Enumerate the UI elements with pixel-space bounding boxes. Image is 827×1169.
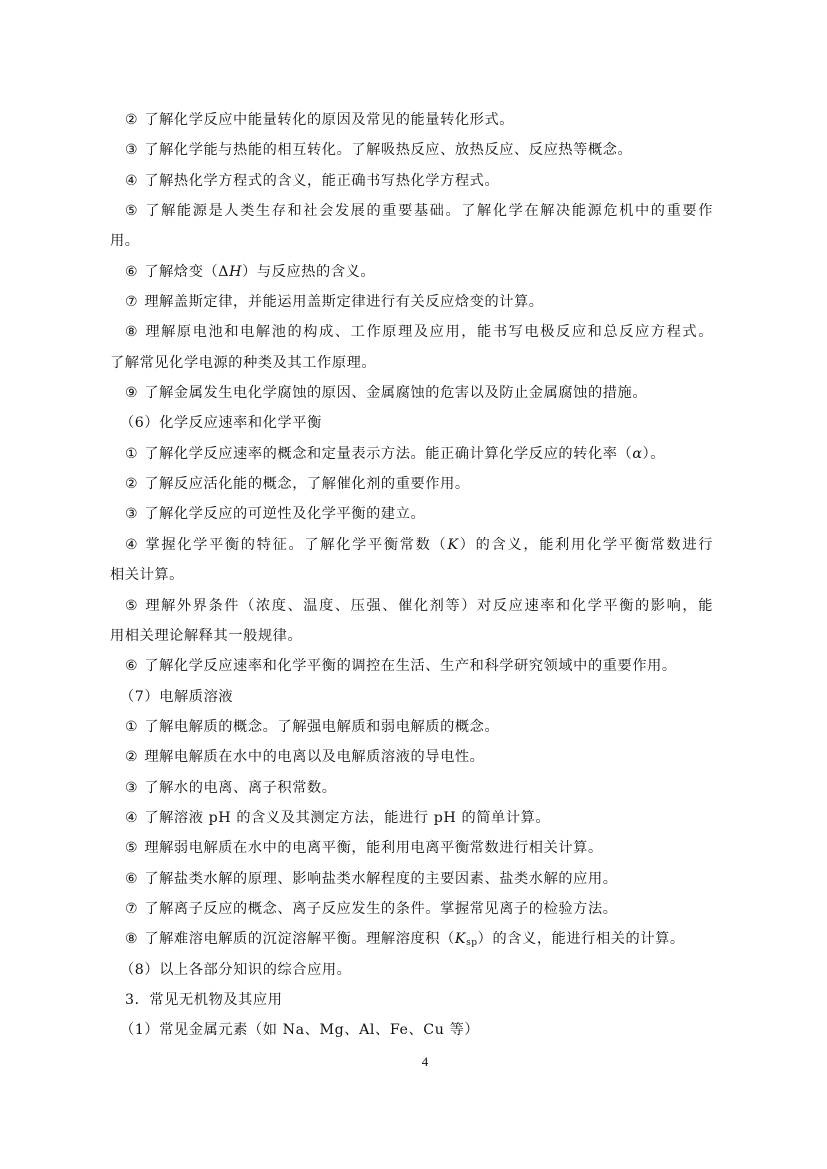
document-page: ②了解化学反应中能量转化的原因及常见的能量转化形式。③了解化学能与热能的相互转化…	[0, 0, 827, 1169]
line-text: 了解化学反应速率和化学平衡的调控在生活、生产和科学研究领域中的重要作用。	[144, 658, 676, 674]
list-item: ③了解水的电离、离子积常数。	[110, 773, 713, 803]
line-text: 理解电解质在水中的电离以及电解质溶液的导电性。	[144, 749, 484, 765]
line-text: （6）化学反应速率和化学平衡	[120, 415, 322, 431]
line-text: 了解焓变（Δ	[144, 264, 229, 280]
list-item: ⑥了解焓变（ΔH）与反应热的含义。	[110, 257, 713, 287]
line-text: 了解常见化学电源的种类及其工作原理。	[110, 355, 376, 371]
subsection-heading: （1）常见金属元素（如 Na、Mg、Al、Fe、Cu 等）	[110, 1015, 713, 1045]
line-text: 3．常见无机物及其应用	[125, 992, 283, 1008]
line-text: 了解热化学方程式的含义，能正确书写热化学方程式。	[144, 173, 499, 189]
list-item: ④了解溶液 pH 的含义及其测定方法，能进行 pH 的简单计算。	[110, 803, 713, 833]
item-number: ④	[125, 810, 138, 826]
item-number: ⑦	[125, 901, 138, 917]
line-text: （1）常见金属元素（如 Na、Mg、Al、Fe、Cu 等）	[120, 1022, 479, 1038]
continuation-line: 相关计算。	[110, 560, 713, 590]
line-text: 了解化学反应速率的概念和定量表示方法。能正确计算化学反应的转化率（	[144, 446, 632, 462]
subsection-heading: （7）电解质溶液	[110, 682, 713, 712]
item-number: ⑤	[125, 598, 139, 614]
line-text: 了解电解质的概念。了解强电解质和弱电解质的概念。	[144, 719, 499, 735]
item-number: ⑨	[125, 385, 138, 401]
line-text: 了解反应活化能的概念，了解催化剂的重要作用。	[144, 476, 469, 492]
item-number: ③	[125, 506, 138, 522]
list-item: ⑥了解盐类水解的原理、影响盐类水解程度的主要因素、盐类水解的应用。	[110, 864, 713, 894]
section-heading: 3．常见无机物及其应用	[110, 985, 713, 1015]
list-item: ④掌握化学平衡的特征。了解化学平衡常数（K）的含义，能利用化学平衡常数进行	[110, 530, 713, 560]
line-text: 了解溶液 pH 的含义及其测定方法，能进行 pH 的简单计算。	[144, 810, 550, 826]
line-text: 理解外界条件（浓度、温度、压强、催化剂等）对反应速率和化学平衡的影响，能	[145, 598, 713, 614]
item-number: ③	[125, 142, 138, 158]
math-symbol: H	[229, 264, 242, 280]
item-number: ③	[125, 780, 138, 796]
line-text: ）与反应热的含义。	[242, 264, 375, 280]
document-body: ②了解化学反应中能量转化的原因及常见的能量转化形式。③了解化学能与热能的相互转化…	[110, 105, 713, 1046]
list-item: ⑤理解弱电解质在水中的电离平衡，能利用电离平衡常数进行相关计算。	[110, 833, 713, 863]
list-item: ⑥了解化学反应速率和化学平衡的调控在生活、生产和科学研究领域中的重要作用。	[110, 651, 713, 681]
line-text: 掌握化学平衡的特征。了解化学平衡常数（	[145, 537, 447, 553]
line-text: ）的含义，能利用化学平衡常数进行	[459, 537, 713, 553]
list-item: ⑤理解外界条件（浓度、温度、压强、催化剂等）对反应速率和化学平衡的影响，能	[110, 591, 713, 621]
line-text: 理解原电池和电解池的构成、工作原理及应用，能书写电极反应和总反应方程式。	[145, 324, 713, 340]
line-text: 了解水的电离、离子积常数。	[144, 780, 336, 796]
line-text: 了解难溶电解质的沉淀溶解平衡。理解溶度积（	[144, 931, 455, 947]
item-number: ⑥	[125, 871, 138, 887]
list-item: ⑧了解难溶电解质的沉淀溶解平衡。理解溶度积（Ksp）的含义，能进行相关的计算。	[110, 924, 713, 954]
item-number: ④	[125, 537, 139, 553]
math-symbol: α	[632, 446, 642, 462]
line-text: 用。	[110, 233, 140, 249]
item-number: ①	[125, 719, 138, 735]
line-text: 理解弱电解质在水中的电离平衡，能利用电离平衡常数进行相关计算。	[144, 840, 602, 856]
subsection-heading: （6）化学反应速率和化学平衡	[110, 408, 713, 438]
item-number: ⑦	[125, 294, 138, 310]
list-item: ①了解化学反应速率的概念和定量表示方法。能正确计算化学反应的转化率（α）。	[110, 439, 713, 469]
list-item: ⑦了解离子反应的概念、离子反应发生的条件。掌握常见离子的检验方法。	[110, 894, 713, 924]
line-text: 用相关理论解释其一般规律。	[110, 628, 302, 644]
item-number: ⑥	[125, 658, 138, 674]
math-symbol: K	[455, 931, 466, 947]
line-text: 相关计算。	[110, 567, 184, 583]
line-text: 了解化学能与热能的相互转化。了解吸热反应、放热反应、反应热等概念。	[144, 142, 632, 158]
line-text: 了解盐类水解的原理、影响盐类水解程度的主要因素、盐类水解的应用。	[144, 871, 617, 887]
item-number: ①	[125, 446, 138, 462]
item-number: ②	[125, 749, 138, 765]
item-number: ⑧	[125, 931, 138, 947]
item-number: ②	[125, 476, 138, 492]
line-text: 了解化学反应中能量转化的原因及常见的能量转化形式。	[144, 112, 514, 128]
list-item: ②理解电解质在水中的电离以及电解质溶液的导电性。	[110, 742, 713, 772]
continuation-line: 了解常见化学电源的种类及其工作原理。	[110, 348, 713, 378]
list-item: ②了解反应活化能的概念，了解催化剂的重要作用。	[110, 469, 713, 499]
continuation-line: 用。	[110, 226, 713, 256]
line-text: 了解离子反应的概念、离子反应发生的条件。掌握常见离子的检验方法。	[144, 901, 617, 917]
subsection-heading: （8）以上各部分知识的综合应用。	[110, 955, 713, 985]
line-text: ）的含义，能进行相关的计算。	[478, 931, 685, 947]
math-subscript: sp	[466, 938, 478, 948]
item-number: ⑧	[125, 324, 139, 340]
line-text: 了解金属发生电化学腐蚀的原因、金属腐蚀的危害以及防止金属腐蚀的措施。	[144, 385, 647, 401]
line-text: 了解化学反应的可逆性及化学平衡的建立。	[144, 506, 425, 522]
line-text: 了解能源是人类生存和社会发展的重要基础。了解化学在解决能源危机中的重要作	[145, 203, 713, 219]
item-number: ⑥	[125, 264, 138, 280]
line-text: （7）电解质溶液	[120, 689, 233, 705]
item-number: ⑤	[125, 840, 138, 856]
list-item: ⑧理解原电池和电解池的构成、工作原理及应用，能书写电极反应和总反应方程式。	[110, 317, 713, 347]
list-item: ⑤了解能源是人类生存和社会发展的重要基础。了解化学在解决能源危机中的重要作	[110, 196, 713, 226]
line-text: 理解盖斯定律，并能运用盖斯定律进行有关反应焓变的计算。	[144, 294, 543, 310]
list-item: ①了解电解质的概念。了解强电解质和弱电解质的概念。	[110, 712, 713, 742]
list-item: ③了解化学反应的可逆性及化学平衡的建立。	[110, 499, 713, 529]
line-text: ）。	[643, 446, 665, 462]
list-item: ③了解化学能与热能的相互转化。了解吸热反应、放热反应、反应热等概念。	[110, 135, 713, 165]
continuation-line: 用相关理论解释其一般规律。	[110, 621, 713, 651]
item-number: ④	[125, 173, 138, 189]
list-item: ②了解化学反应中能量转化的原因及常见的能量转化形式。	[110, 105, 713, 135]
list-item: ⑦理解盖斯定律，并能运用盖斯定律进行有关反应焓变的计算。	[110, 287, 713, 317]
list-item: ⑨了解金属发生电化学腐蚀的原因、金属腐蚀的危害以及防止金属腐蚀的措施。	[110, 378, 713, 408]
page-number: 4	[0, 1054, 827, 1070]
math-symbol: K	[447, 537, 458, 553]
line-text: （8）以上各部分知识的综合应用。	[120, 962, 351, 978]
item-number: ⑤	[125, 203, 139, 219]
list-item: ④了解热化学方程式的含义，能正确书写热化学方程式。	[110, 166, 713, 196]
item-number: ②	[125, 112, 138, 128]
